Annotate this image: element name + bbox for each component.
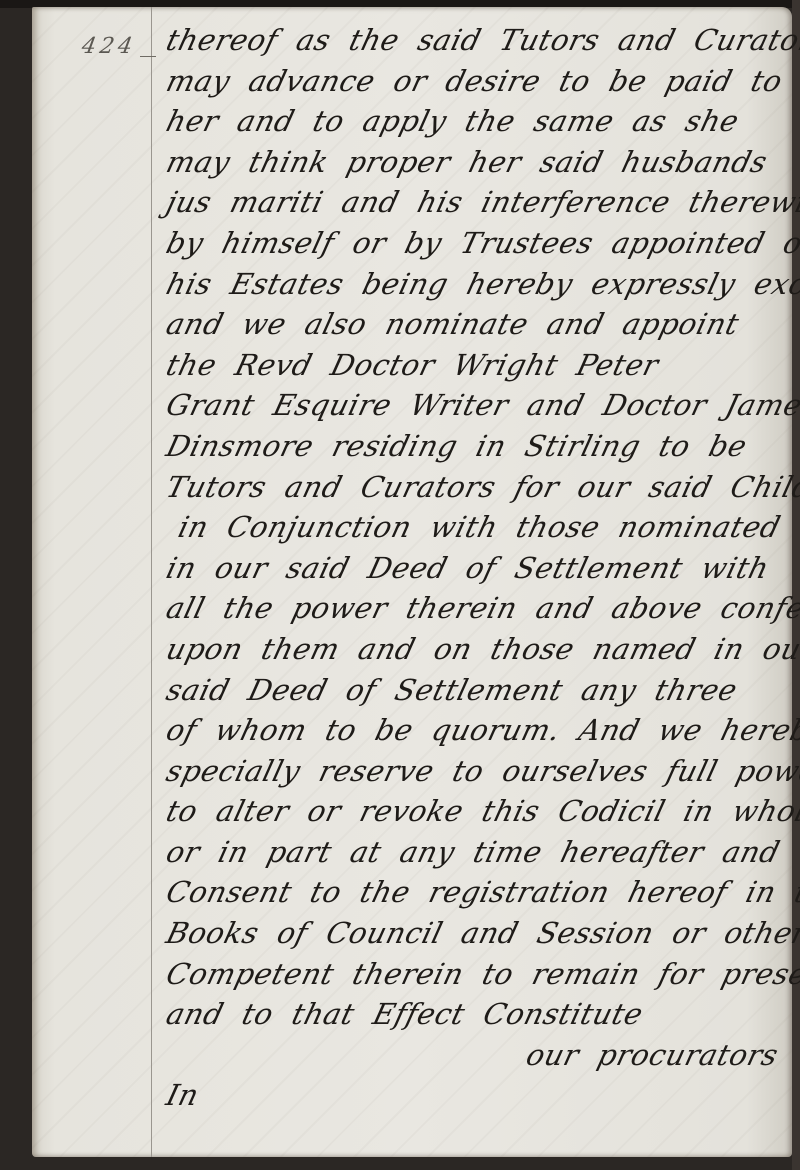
text-line: thereof as the said Tutors and Curators [162, 20, 797, 61]
text-line: may think proper her said husbands [162, 142, 797, 183]
text-line: by himself or by Trustees appointed over [162, 223, 797, 264]
text-line: Consent to the registration hereof in th… [162, 872, 797, 913]
text-line: to alter or revoke this Codicil in whole [162, 791, 797, 832]
page-number-dash [140, 56, 156, 57]
text-line: and to that Effect Constitute [162, 994, 797, 1035]
text-line: and we also nominate and appoint [162, 304, 797, 345]
text-line: of whom to be quorum. And we hereby [162, 710, 797, 751]
text-line: Tutors and Curators for our said Childre… [162, 467, 797, 508]
text-line: Dinsmore residing in Stirling to be [162, 426, 797, 467]
handwritten-text-block: thereof as the said Tutors and Curators … [162, 20, 787, 1116]
text-line: in Conjunction with those nominated [162, 507, 797, 548]
text-line: Competent therein to remain for preserva… [162, 954, 797, 995]
text-line: upon them and on those named in our [162, 629, 797, 670]
margin-rule [151, 7, 152, 1157]
text-line: in our said Deed of Settlement with [162, 548, 797, 589]
text-line: our procurators [162, 1035, 797, 1076]
text-line: Books of Council and Session or others [162, 913, 797, 954]
catchword: In [162, 1075, 797, 1116]
page-number: 424 [80, 34, 138, 59]
text-line: her and to apply the same as she [162, 101, 797, 142]
text-line: Grant Esquire Writer and Doctor James [162, 385, 797, 426]
text-line: jus mariti and his interference therewit… [162, 182, 797, 223]
text-line: his Estates being hereby expressly exclu… [162, 264, 797, 305]
text-line: all the power therein and above conferre… [162, 588, 797, 629]
text-line: specially reserve to ourselves full powe… [162, 751, 797, 792]
text-line: said Deed of Settlement any three [162, 670, 797, 711]
text-line: may advance or desire to be paid to [162, 61, 797, 102]
text-line: or in part at any time hereafter and [162, 832, 797, 873]
text-line: the Revd Doctor Wright Peter [162, 345, 797, 386]
